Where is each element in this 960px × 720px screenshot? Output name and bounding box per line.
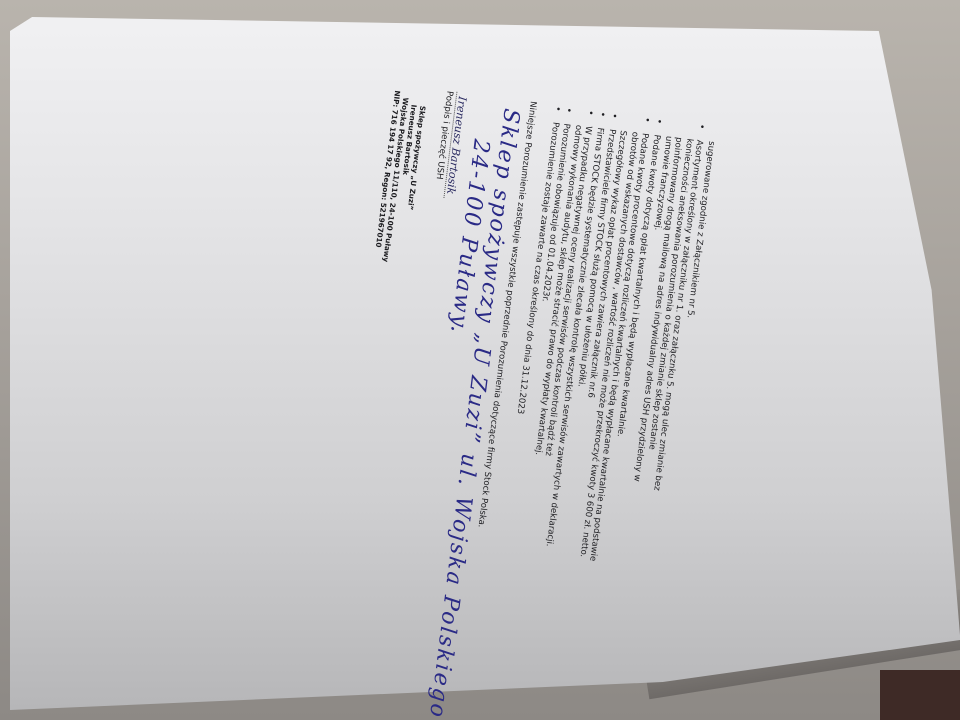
bullet-icon: • xyxy=(551,105,562,112)
document-content: sugerowane zgodnie z Załącznikiem nr 5.•… xyxy=(214,70,719,679)
bullet-icon: • xyxy=(584,110,595,117)
bullet-icon: • xyxy=(696,123,707,130)
bullet-icon: • xyxy=(596,111,607,118)
dark-object xyxy=(880,670,960,720)
bullet-icon: • xyxy=(562,107,573,114)
bullet-icon: • xyxy=(607,112,618,119)
bullet-icon: • xyxy=(641,116,652,123)
bullet-icon: • xyxy=(653,118,664,125)
